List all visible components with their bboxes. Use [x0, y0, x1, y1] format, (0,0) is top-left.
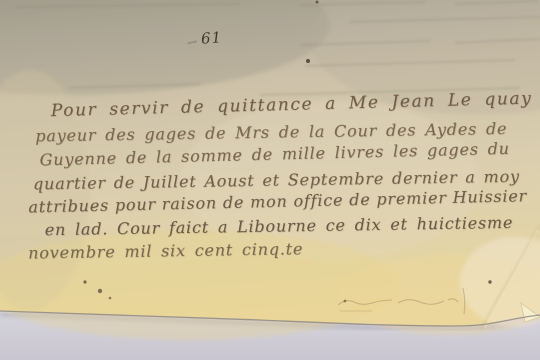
manuscript-line-6: en lad. Cour faict a Libourne ce dix et …: [45, 215, 514, 238]
manuscript-line-3: Guyenne de la somme de mille livres les …: [39, 141, 509, 168]
manuscript-line-7: novembre mil six cent cinq.te: [28, 241, 303, 261]
manuscript-line-1: Pour servir de quittance a Me Jean Le qu…: [51, 91, 533, 121]
manuscript-photo: 61 Pour servir de quittance a Me Jean Le…: [0, 0, 540, 360]
manuscript-text-block: Pour servir de quittance a Me Jean Le qu…: [0, 0, 540, 360]
